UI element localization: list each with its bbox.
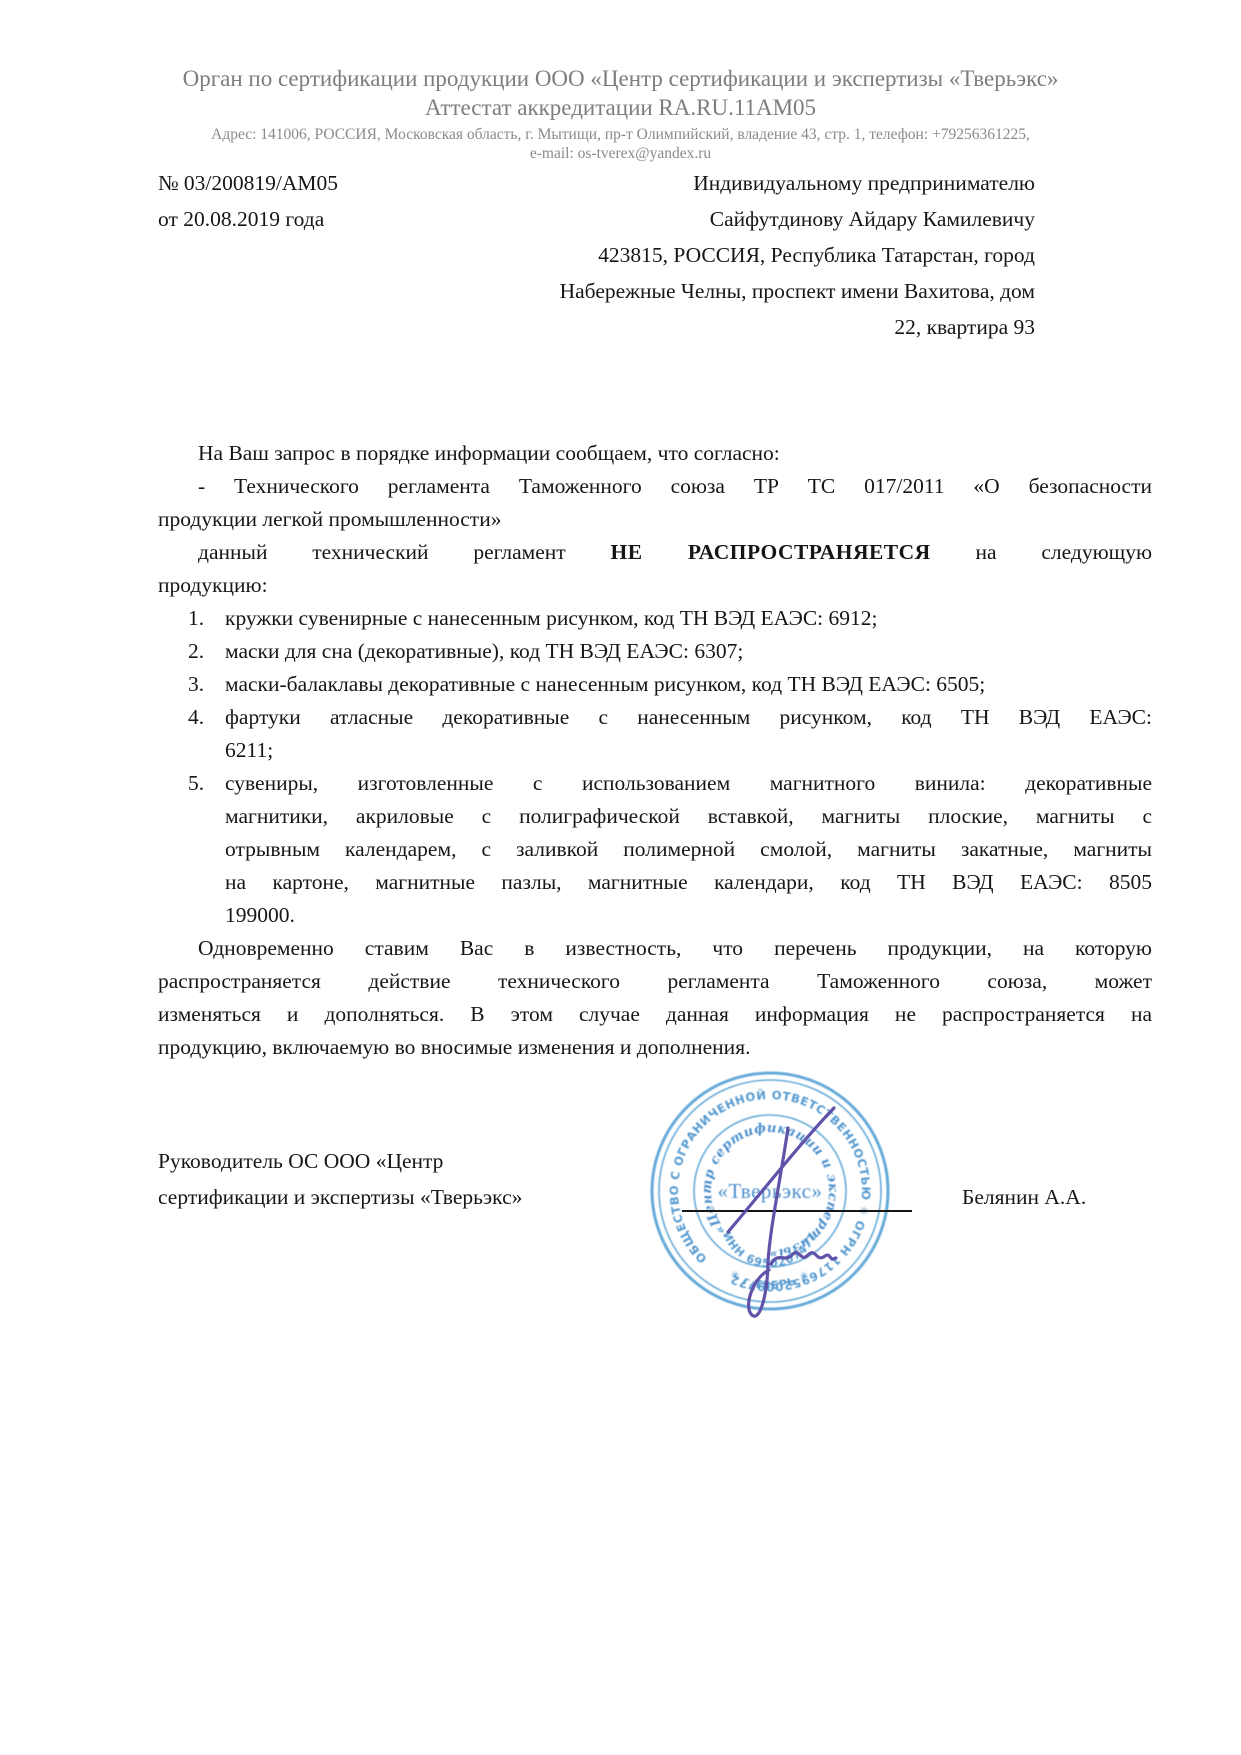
list-item: маски-балаклавы декоративные с нанесенны… [225,668,1152,701]
addressee-line: Индивидуальному предпринимателю [475,165,1035,201]
signatory-position-line: Руководитель ОС ООО «Центр [158,1143,522,1179]
signatory-position-line: сертификации и экспертизы «Тверьэкс» [158,1179,522,1215]
list-item-line: кружки сувенирные с нанесенным рисунком,… [225,602,1152,635]
letterhead: Орган по сертификации продукции ООО «Цен… [0,64,1241,163]
handwritten-signature [645,1066,895,1351]
list-item-line: магнитики, акриловые с полиграфической в… [225,800,1152,833]
not-applied-post: на следующую [931,540,1152,564]
paragraph-notice: Одновременно ставим Вас в известность, ч… [158,932,1152,1064]
reference-block: № 03/200819/АМ05 от 20.08.2019 года [158,165,338,237]
not-applied-bold: НЕ РАСПРОСТРАНЯЕТСЯ [611,540,931,564]
list-item: сувениры, изготовленные с использованием… [225,767,1152,932]
signatory-name: Белянин А.А. [962,1179,1086,1215]
list-item-line: отрывным календарем, с заливкой полимерн… [225,833,1152,866]
paragraph-notice-line: Одновременно ставим Вас в известность, ч… [158,932,1152,965]
letterhead-accreditation: Аттестат аккредитации RA.RU.11АМ05 [0,93,1241,122]
paragraph-notice-line: изменяться и дополняться. В этом случае … [158,998,1152,1031]
signatory-position: Руководитель ОС ООО «Центр сертификации … [158,1143,522,1215]
addressee-line: Набережные Челны, проспект имени Вахитов… [475,273,1035,309]
list-item: маски для сна (декоративные), код ТН ВЭД… [225,635,1152,668]
product-list: кружки сувенирные с нанесенным рисунком,… [158,602,1152,932]
paragraph-notice-line: распространяется действие технического р… [158,965,1152,998]
document-body: На Ваш запрос в порядке информации сообщ… [158,437,1152,1064]
paragraph-not-applied-line: данный технический регламент НЕ РАСПРОСТ… [158,536,1152,569]
list-item: кружки сувенирные с нанесенным рисунком,… [225,602,1152,635]
not-applied-pre: данный технический регламент [198,540,611,564]
letterhead-org-name: Орган по сертификации продукции ООО «Цен… [0,64,1241,93]
list-item-line: 199000. [225,899,1152,932]
list-item: фартуки атласные декоративные с нанесенн… [225,701,1152,767]
paragraph-regulation-line: - Технического регламента Таможенного со… [158,470,1152,503]
paragraph-regulation: - Технического регламента Таможенного со… [158,470,1152,536]
paragraph-regulation-line: продукции легкой промышленности» [158,503,1152,536]
addressee-line: 423815, РОССИЯ, Республика Татарстан, го… [475,237,1035,273]
list-item-line: маски для сна (декоративные), код ТН ВЭД… [225,635,1152,668]
letterhead-address: Адрес: 141006, РОССИЯ, Московская област… [0,125,1241,144]
signature-stroke [749,1128,788,1316]
paragraph-intro: На Ваш запрос в порядке информации сообщ… [158,437,1152,470]
list-item-line: фартуки атласные декоративные с нанесенн… [225,701,1152,734]
reference-date: от 20.08.2019 года [158,201,338,237]
paragraph-not-applied: данный технический регламент НЕ РАСПРОСТ… [158,536,1152,602]
list-item-line: 6211; [225,734,1152,767]
list-item-line: на картоне, магнитные пазлы, магнитные к… [225,866,1152,899]
list-item-line: маски-балаклавы декоративные с нанесенны… [225,668,1152,701]
paragraph-not-applied-line: продукцию: [158,569,1152,602]
list-item-line: сувениры, изготовленные с использованием… [225,767,1152,800]
paragraph-notice-line: продукцию, включаемую во вносимые измене… [158,1031,1152,1064]
addressee-line: Сайфутдинову Айдару Камилевичу [475,201,1035,237]
reference-number: № 03/200819/АМ05 [158,165,338,201]
addressee-line: 22, квартира 93 [475,309,1035,345]
handwritten-signature-icon [645,1066,895,1351]
addressee-block: Индивидуальному предпринимателю Сайфутди… [475,165,1035,345]
letterhead-email: e-mail: os-tverex@yandex.ru [0,144,1241,163]
signature-stroke [771,1253,836,1264]
